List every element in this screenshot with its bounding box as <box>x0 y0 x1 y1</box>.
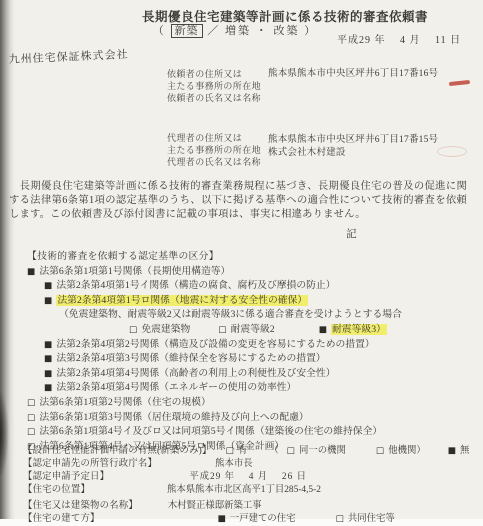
option-seismic-grade-2: □耐震等級2 <box>218 324 274 335</box>
option-label: 一戸建ての住宅 <box>230 514 296 524</box>
option-detached-house: ■一戸建ての住宅 <box>218 514 296 524</box>
option-none: ■無 <box>448 446 470 456</box>
field-value: 木村賢正様邸新築工事 <box>168 501 262 511</box>
build-type-option-renovation: 改築 <box>274 25 300 37</box>
option-label: 共同住宅等 <box>348 514 395 524</box>
requester-values: 熊本県熊本市中央区坪井6丁目17番16号 <box>268 68 438 81</box>
selected-build-type: 新築 <box>171 24 203 38</box>
criteria-item: □法第6条第1項第2号関係（住宅の規模） <box>27 396 475 411</box>
build-type-separator: ／ <box>207 25 220 37</box>
checkbox-empty-icon: □ <box>27 427 35 437</box>
ki-marker: 記 <box>346 226 357 241</box>
build-type-line: （ 新築 ／ 増築 ・ 改築 ） <box>110 22 360 38</box>
checkbox-empty-icon: □ <box>27 413 35 423</box>
build-type-dot: ・ <box>256 25 269 37</box>
option-label: 他機関） <box>388 446 426 456</box>
option-seismic-grade-3: ■耐震等級3） <box>319 324 387 335</box>
checkbox-checked-icon: ■ <box>44 340 52 350</box>
checkbox-empty-icon: □ <box>376 446 384 456</box>
criteria-item: ■法第6条第1項第1号関係（長期使用構造等） <box>27 265 475 280</box>
field-label: 【設計住宅性能評価申請の有無(新築のみ)】 <box>23 446 212 456</box>
checkbox-checked-icon: ■ <box>44 369 52 379</box>
criteria-item: ■法第2条第4項第4号関係（高齢者の利用上の利便性及び安全性） <box>44 367 475 382</box>
field-label: 【認定申請先の所管行政庁名】 <box>23 459 157 469</box>
checkbox-checked-icon: ■ <box>44 296 52 306</box>
field-value: 熊本県熊本市北区高平1丁目285-4,5-2 <box>167 485 321 495</box>
planned-application-date-row: 【認定申請予定日】平成29 年 4 月 26 日 <box>23 471 475 484</box>
paren-open: （ <box>269 446 278 456</box>
field-label: 【住宅の位置】 <box>23 485 90 495</box>
option-label: 同一の機関 <box>299 446 346 456</box>
option-yes: □有 <box>226 446 248 456</box>
criteria-item-text: 法第6条第1項第4号イ及びロ又は同項第5号イ関係（建築後の住宅の維持保全） <box>39 426 382 437</box>
agent-name-label: 代理者の氏名又は名称 <box>167 156 261 168</box>
criteria-item: □法第6条第1項第3号関係（居住環境の維持及び向上への配慮） <box>27 411 475 426</box>
field-label: 【住宅又は建築物の名称】 <box>23 501 138 511</box>
checkbox-checked-icon: ■ <box>27 267 35 277</box>
requester-address-value: 熊本県熊本市中央区坪井6丁目17番16号 <box>268 68 438 81</box>
checkbox-empty-icon: □ <box>129 325 137 335</box>
checkbox-checked-icon: ■ <box>218 514 226 524</box>
checkbox-checked-icon: ■ <box>448 446 456 456</box>
option-label: 免震建築物 <box>141 324 190 335</box>
red-stamp-ghost-mark <box>437 146 467 157</box>
performance-evaluation-row: 【設計住宅性能評価申請の有無(新築のみ)】□有（□同一の機関□他機関）■無 <box>23 445 475 458</box>
criteria-item-text: 法第6条第1項第1号関係（長期使用構造等） <box>39 266 230 277</box>
scanned-document-page: 長期優良住宅建築等計画に係る技術的審査依頼書 （ 新築 ／ 増築 ・ 改築 ） … <box>0 0 483 526</box>
criteria-item: ■法第2条第4項第1号イ関係（構造の腐食、腐朽及び摩損の防止） <box>44 279 475 294</box>
option-other-agency: □他機関） <box>376 446 426 456</box>
criteria-item: ■法第2条第4項第4号関係（エネルギーの使用の効率性） <box>44 381 475 396</box>
agent-office-label: 主たる事務所の所在地 <box>167 144 261 156</box>
checkbox-checked-icon: ■ <box>44 281 52 291</box>
seismic-options-row: □免震建築物□耐震等級2■耐震等級3） <box>27 323 475 338</box>
checkbox-checked-icon: ■ <box>44 354 52 364</box>
option-label: 無 <box>460 446 469 456</box>
field-value: 熊本市長 <box>215 459 253 469</box>
requester-office-label: 主たる事務所の所在地 <box>167 80 261 92</box>
building-name-row: 【住宅又は建築物の名称】木村賢正様邸新築工事 <box>23 500 475 513</box>
build-type-option-extension: 増築 <box>225 25 251 37</box>
checkbox-empty-icon: □ <box>218 325 226 335</box>
paren-open: （ <box>153 25 166 37</box>
checkbox-empty-icon: □ <box>336 514 344 524</box>
option-label-highlighted: 耐震等級3） <box>331 324 387 335</box>
house-type-row: 【住宅の建て方】■一戸建ての住宅□共同住宅等 <box>23 513 475 526</box>
criteria-item: ■法第2条第4項第3号関係（維持保全を容易にするための措置） <box>44 352 475 367</box>
paren-close: ） <box>304 25 317 37</box>
requester-labels: 依頼者の住所又は 主たる事務所の所在地 依頼者の氏名又は名称 <box>167 68 261 104</box>
field-value: 平成29 年 4 月 26 日 <box>189 472 307 482</box>
criteria-item: ■法第2条第4項第2号関係（構造及び設備の変更を容易にするための措置） <box>44 338 475 353</box>
criteria-item: ■法第2条第4項第1号ロ関係（地震に対する安全性の確保） <box>44 294 475 309</box>
criteria-item-text: 法第2条第4項第4号関係（高齢者の利用上の利便性及び安全性） <box>56 368 335 379</box>
criteria-item-text: 法第6条第1項第3号関係（居住環境の維持及び向上への配慮） <box>39 412 308 423</box>
agent-name-value: 株式会社木村建設 <box>268 147 438 160</box>
agent-labels: 代理者の住所又は 主たる事務所の所在地 代理者の氏名又は名称 <box>167 132 261 168</box>
criteria-item-text: 法第6条第1項第2号関係（住宅の規模） <box>39 397 210 408</box>
recipient-company-name: 九州住宅保証株式会社 <box>8 46 129 67</box>
option-apartment: □共同住宅等 <box>336 514 395 524</box>
criteria-item: □法第6条第1項第4号イ及びロ又は同項第5号イ関係（建築後の住宅の維持保全） <box>27 425 475 440</box>
agent-values: 熊本県熊本市中央区坪井6丁目17番15号 株式会社木村建設 <box>268 134 438 160</box>
criteria-item-text: 法第2条第4項第1号イ関係（構造の腐食、腐朽及び摩損の防止） <box>56 280 335 291</box>
checkbox-empty-icon: □ <box>287 446 295 456</box>
agent-address-label: 代理者の住所又は <box>167 132 261 144</box>
field-label: 【認定申請予定日】 <box>23 472 109 482</box>
red-stamp-mark <box>449 80 470 86</box>
criteria-item-text-highlighted: 法第2条第4項第1号ロ関係（地震に対する安全性の確保） <box>56 295 308 306</box>
house-location-row: 【住宅の位置】熊本県熊本市北区高平1丁目285-4,5-2 <box>23 484 475 497</box>
agent-address-value: 熊本県熊本市中央区坪井6丁目17番15号 <box>268 134 438 147</box>
footer-fields-section: 【設計住宅性能評価申請の有無(新築のみ)】□有（□同一の機関□他機関）■無 【認… <box>23 445 475 525</box>
checkbox-empty-icon: □ <box>226 446 234 456</box>
checkbox-checked-icon: ■ <box>319 325 327 335</box>
criteria-heading: 【技術的審査を依頼する認定基準の区分】 <box>27 250 475 265</box>
criteria-item-text: 法第2条第4項第4号関係（エネルギーの使用の効率性） <box>56 382 296 393</box>
criteria-section: 【技術的審査を依頼する認定基準の区分】 ■法第6条第1項第1号関係（長期使用構造… <box>27 250 475 454</box>
submission-date: 平成29 年 4 月 11 日 <box>337 31 461 46</box>
option-isolated-building: □免震建築物 <box>129 324 190 335</box>
administrative-agency-row: 【認定申請先の所管行政庁名】熊本市長 <box>23 458 475 471</box>
seismic-note: （免震建築物、耐震等級2又は耐震等級3に係る適合審査を受けようとする場合 <box>59 308 475 323</box>
requester-address-label: 依頼者の住所又は <box>167 68 261 80</box>
option-label: 耐震等級2 <box>231 324 275 335</box>
requester-name-label: 依頼者の氏名又は名称 <box>167 92 261 104</box>
field-label: 【住宅の建て方】 <box>23 514 100 524</box>
request-statement: 長期優良住宅建築等計画に係る技術的審査業務規程に基づき、長期優良住宅の普及の促進… <box>9 180 467 223</box>
checkbox-empty-icon: □ <box>27 398 35 408</box>
criteria-item-text: 法第2条第4項第3号関係（維持保全を容易にするための措置） <box>56 353 325 364</box>
option-label: 有 <box>238 446 247 456</box>
checkbox-checked-icon: ■ <box>44 383 52 393</box>
criteria-item-text: 法第2条第4項第2号関係（構造及び設備の変更を容易にするための措置） <box>56 339 374 350</box>
option-same-agency: □同一の機関 <box>287 446 346 456</box>
